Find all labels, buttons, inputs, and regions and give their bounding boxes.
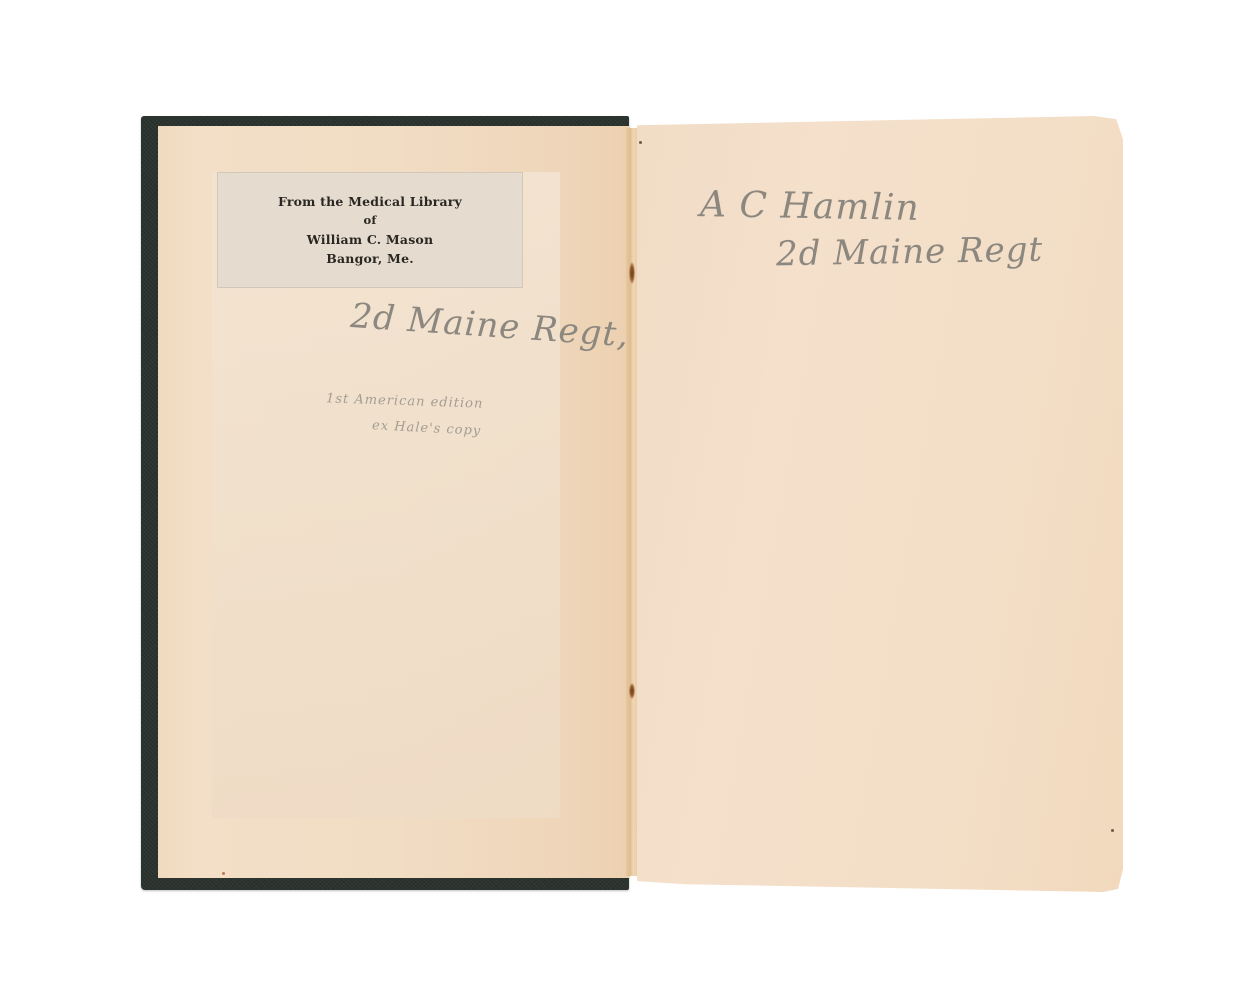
bookplate-line-2: of xyxy=(363,211,376,230)
bookplate-line-4: Bangor, Me. xyxy=(326,249,414,268)
foxing-speck xyxy=(1111,829,1114,832)
foxing-speck xyxy=(639,141,642,144)
book-gutter-hinge xyxy=(626,128,638,876)
hinge-tear-upper xyxy=(629,262,635,284)
bookplate-line-3: William C. Mason xyxy=(307,230,434,249)
bookplate-label: From the Medical Library of William C. M… xyxy=(217,172,523,288)
foxing-speck xyxy=(222,872,225,875)
hinge-tear-lower xyxy=(629,683,635,699)
bookplate-line-1: From the Medical Library xyxy=(278,192,462,211)
right-name-inscription: A C Hamlin xyxy=(700,184,920,229)
book-photo: From the Medical Library of William C. M… xyxy=(0,0,1248,993)
right-regiment-inscription: 2d Maine Regt xyxy=(776,230,1044,275)
